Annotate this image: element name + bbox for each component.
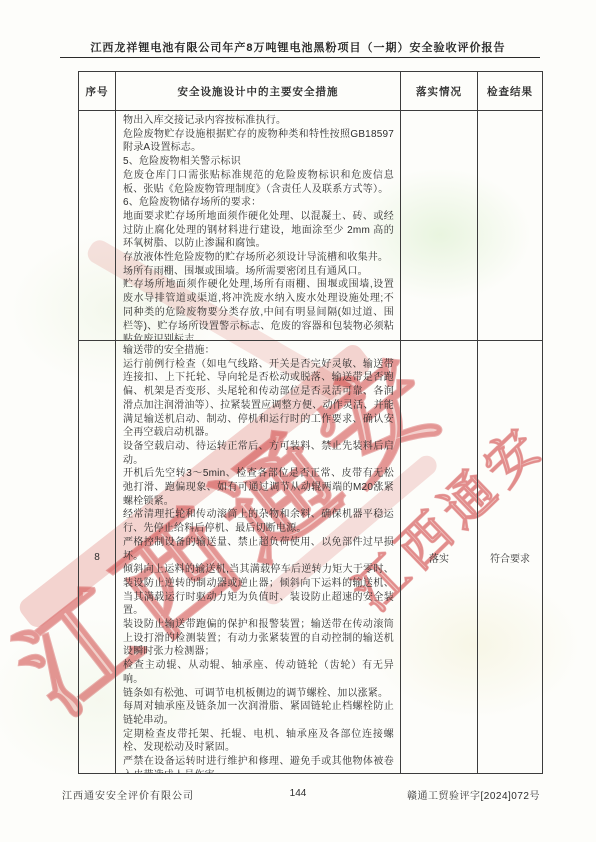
measure-paragraph: 危险废物贮存设施根据贮存的废物种类和特性按照GB18597附录A设置标志。 (123, 128, 394, 155)
table-header-row: 序号 安全设施设计中的主要安全措施 落实情况 检查结果 (79, 72, 543, 111)
measures-cell: 输送带的安全措施：运行前例行检查（如电气线路、开关是否完好灵敏、输送带连接扣、上… (116, 341, 401, 774)
footer-doc-number: 赣通工贸验评字[2024]072号 (407, 787, 540, 802)
header-serial: 序号 (79, 72, 116, 111)
measure-paragraph: 5、危险废物相关警示标识 (123, 155, 394, 169)
measure-paragraph: 定期检查皮带托架、托辊、电机、轴承座及各部位连接螺栓、发现松动及时紧固。 (123, 728, 394, 755)
result-cell: 符合要求 (478, 341, 543, 774)
measure-paragraph: 严格控制设备的输送量、禁止超负荷使用、以免部件过早损坏。 (123, 536, 394, 563)
measure-paragraph: 危废仓库门口需张贴标准规范的危险废物标识和危废信息板、张贴《危险废物管理制度》（… (123, 169, 394, 196)
measure-paragraph: 物出入库交接记录内容按标准执行。 (123, 114, 394, 128)
measure-paragraph: 经常清理托轮和传动滚筒上的杂物和余料、确保机器平稳运行、先停止给料后停机、最后切… (123, 508, 394, 535)
measure-paragraph: 设备空载启动、待运转正常后、方可装料、禁止先装料后启动。 (123, 440, 394, 467)
measure-paragraph: 输送带的安全措施： (123, 344, 394, 358)
result-cell (478, 111, 543, 341)
measure-paragraph: 检查主动辊、从动辊、轴承座、传动链轮（齿轮）有无异响。 (123, 659, 394, 686)
table-row-8: 8 输送带的安全措施：运行前例行检查（如电气线路、开关是否完好灵敏、输送带连接扣… (79, 341, 543, 774)
measure-paragraph: 贮存场所地面须作硬化处理,场所有雨棚、围堰或围墙,设置废水导排管道或渠道,将冲洗… (123, 278, 394, 340)
status-cell: 落实 (401, 341, 478, 774)
measure-paragraph: 6、危险废物储存场所的要求： (123, 196, 394, 210)
measure-paragraph: 链条如有松弛、可调节电机板侧边的调节螺栓、加以涨紧。 (123, 687, 394, 701)
measure-paragraph: 运行前例行检查（如电气线路、开关是否完好灵敏、输送带连接扣、上下托轮、导向轮是否… (123, 358, 394, 440)
page-title: 江西龙祥锂电池有限公司年产8万吨锂电池黑粉项目（一期）安全验收评价报告 (0, 39, 596, 55)
header-measures: 安全设施设计中的主要安全措施 (116, 72, 401, 111)
serial-cell: 8 (79, 341, 116, 774)
measure-paragraph: 场所有雨棚、围堰或围墙。场所需要密闭且有通风口。 (123, 265, 394, 279)
measure-paragraph: 存放液体性危险废物的贮存场所必须设计导流槽和收集井。 (123, 251, 394, 265)
title-divider (60, 57, 540, 58)
measure-paragraph: 装设防止输送带跑偏的保护和报警装置；输送带在传动滚筒上设打滑的检测装置；有动力张… (123, 618, 394, 659)
status-cell (401, 111, 478, 341)
measures-cell: 物出入库交接记录内容按标准执行。危险废物贮存设施根据贮存的废物种类和特性按照GB… (116, 111, 401, 341)
measure-paragraph: 开机后先空转3～5min、检查各部位是否正常、皮带有无松弛打滑、跑偏现象、如有可… (123, 467, 394, 508)
serial-cell (79, 111, 116, 341)
measures-text: 输送带的安全措施：运行前例行检查（如电气线路、开关是否完好灵敏、输送带连接扣、上… (116, 341, 400, 773)
report-page: 江西通安 江西通安 江西龙祥锂电池有限公司年产8万吨锂电池黑粉项目（一期）安全验… (0, 0, 596, 842)
header-result: 检查结果 (478, 72, 543, 111)
safety-measures-table: 序号 安全设施设计中的主要安全措施 落实情况 检查结果 物出入库交接记录内容按标… (78, 71, 543, 774)
measure-paragraph: 倾斜向上运料的输送机,当其满载停车后逆转力矩大于零时、装设防止逆转的制动器或逆止… (123, 563, 394, 618)
measure-paragraph: 地面要求贮存场所地面须作硬化处理、以混凝土、砖、或经过防止腐化处理的钢材料进行建… (123, 210, 394, 251)
measures-text: 物出入库交接记录内容按标准执行。危险废物贮存设施根据贮存的废物种类和特性按照GB… (116, 111, 400, 340)
measure-paragraph: 严禁在设备运转时进行维护和修理、避免手或其他物体被卷入皮带造成人员伤害。 (123, 755, 394, 773)
measure-paragraph: 每周对轴承座及链条加一次润滑脂、紧固链轮止档螺栓防止链轮串动。 (123, 700, 394, 727)
header-status: 落实情况 (401, 72, 478, 111)
table-row-continuation: 物出入库交接记录内容按标准执行。危险废物贮存设施根据贮存的废物种类和特性按照GB… (79, 111, 543, 341)
